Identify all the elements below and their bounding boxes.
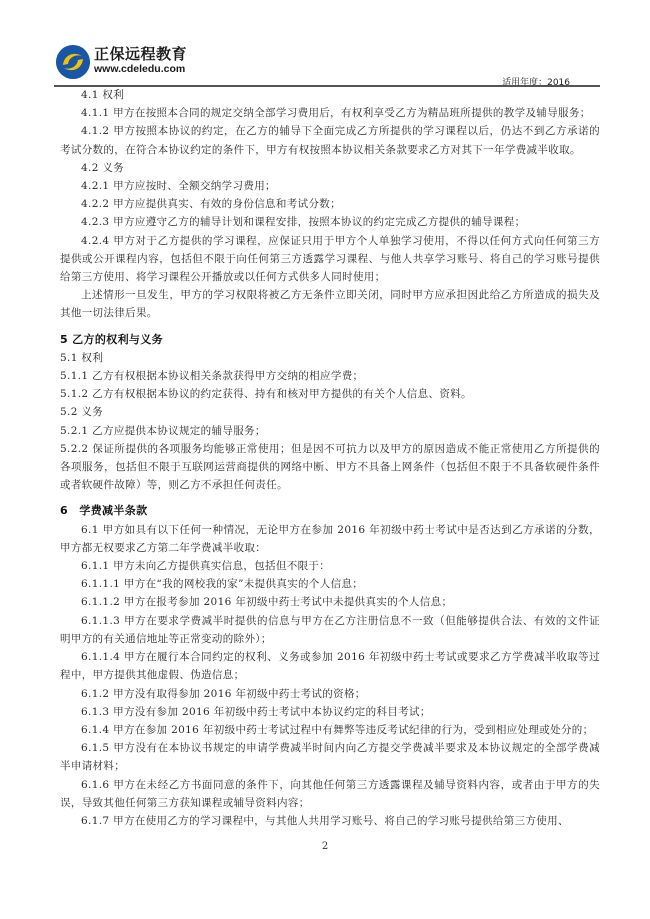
section-5-1-heading: 5.1 权利	[60, 349, 600, 367]
clause-5-2-1: 5.2.1 乙方应提供本协议规定的辅导服务；	[60, 422, 600, 440]
clause-6-1-4: 6.1.4 甲方在参加 2016 年初级中药士考试过程中有舞弊等违反考试纪律的行…	[60, 721, 600, 739]
clause-4-1-1: 4.1.1 甲方在按照本合同的规定交纳全部学习费用后，有权利享受乙方为精品班所提…	[60, 104, 600, 122]
clause-4-2-3: 4.2.3 甲方应遵守乙方的辅导计划和课程安排，按照本协议的约定完成乙方提供的辅…	[60, 213, 600, 231]
clause-6-1-1-3: 6.1.1.3 甲方在要求学费减半时提供的信息与甲方在乙方注册信息不一致（但能够…	[60, 612, 600, 648]
section-5-title: 5 乙方的权利与义务	[60, 331, 600, 349]
clause-4-note: 上述情形一旦发生，甲方的学习权限将被乙方无条件立即关闭，同时甲方应承担因此给乙方…	[60, 286, 600, 322]
page-header: 正保远程教育 www.cdeledu.com 适用年度：2016	[56, 45, 600, 87]
section-6-title: 6 学费减半条款	[60, 502, 600, 520]
clause-4-1-2: 4.1.2 甲方按照本协议的约定，在乙方的辅导下全面完成乙方所提供的学习课程以后…	[60, 122, 600, 158]
clause-4-2-1: 4.2.1 甲方应按时、全额交纳学习费用；	[60, 177, 600, 195]
clause-6-1-7: 6.1.7 甲方在使用乙方的学习课程中，与其他人共用学习账号、将自己的学习账号提…	[60, 812, 600, 830]
brand: 正保远程教育 www.cdeledu.com	[94, 46, 187, 76]
clause-6-1-5: 6.1.5 甲方没有在本协议书规定的申请学费减半时间内向乙方提交学费减半要求及本…	[60, 739, 600, 775]
logo-icon	[56, 45, 90, 79]
clause-6-1-2: 6.1.2 甲方没有取得参加 2016 年初级中药士考试的资格；	[60, 685, 600, 703]
clause-6-1: 6.1 甲方如具有以下任何一种情况，无论甲方在参加 2016 年初级中药士考试中…	[60, 521, 600, 557]
clause-6-1-1-2: 6.1.1.2 甲方在报考参加 2016 年初级中药士考试中未提供真实的个人信息…	[60, 593, 600, 611]
clause-5-1-2: 5.1.2 乙方有权根据本协议的约定获得、持有和核对甲方提供的有关个人信息、资料…	[60, 385, 600, 403]
page-number: 2	[0, 841, 650, 852]
clause-5-2-2: 5.2.2 保证所提供的各项服务均能够正常使用；但是因不可抗力以及甲方的原因造成…	[60, 440, 600, 495]
section-4-2-heading: 4.2 义务	[60, 159, 600, 177]
brand-url: www.cdeledu.com	[94, 63, 187, 76]
clause-6-1-1: 6.1.1 甲方未向乙方提供真实信息，包括但不限于：	[60, 557, 600, 575]
brand-name: 正保远程教育	[94, 46, 187, 63]
clause-4-2-2: 4.2.2 甲方应提供真实、有效的身份信息和考试分数；	[60, 195, 600, 213]
clause-6-1-6: 6.1.6 甲方在未经乙方书面同意的条件下，向其他任何第三方透露课程及辅导资料内…	[60, 776, 600, 812]
section-4-1-heading: 4.1 权利	[60, 86, 600, 104]
clause-5-1-1: 5.1.1 乙方有权根据本协议相关条款获得甲方交纳的相应学费；	[60, 367, 600, 385]
clause-6-1-1-1: 6.1.1.1 甲方在“我的网校我的家”未提供真实的个人信息；	[60, 575, 600, 593]
clause-6-1-3: 6.1.3 甲方没有参加 2016 年初级中药士考试中本协议约定的科目考试；	[60, 703, 600, 721]
clause-4-2-4: 4.2.4 甲方对于乙方提供的学习课程，应保证只用于甲方个人单独学习使用，不得以…	[60, 232, 600, 287]
clause-6-1-1-4: 6.1.1.4 甲方在履行本合同约定的权利、义务或参加 2016 年初级中药士考…	[60, 648, 600, 684]
document-body: 4.1 权利 4.1.1 甲方在按照本合同的规定交纳全部学习费用后，有权利享受乙…	[60, 86, 600, 830]
section-5-2-heading: 5.2 义务	[60, 403, 600, 421]
